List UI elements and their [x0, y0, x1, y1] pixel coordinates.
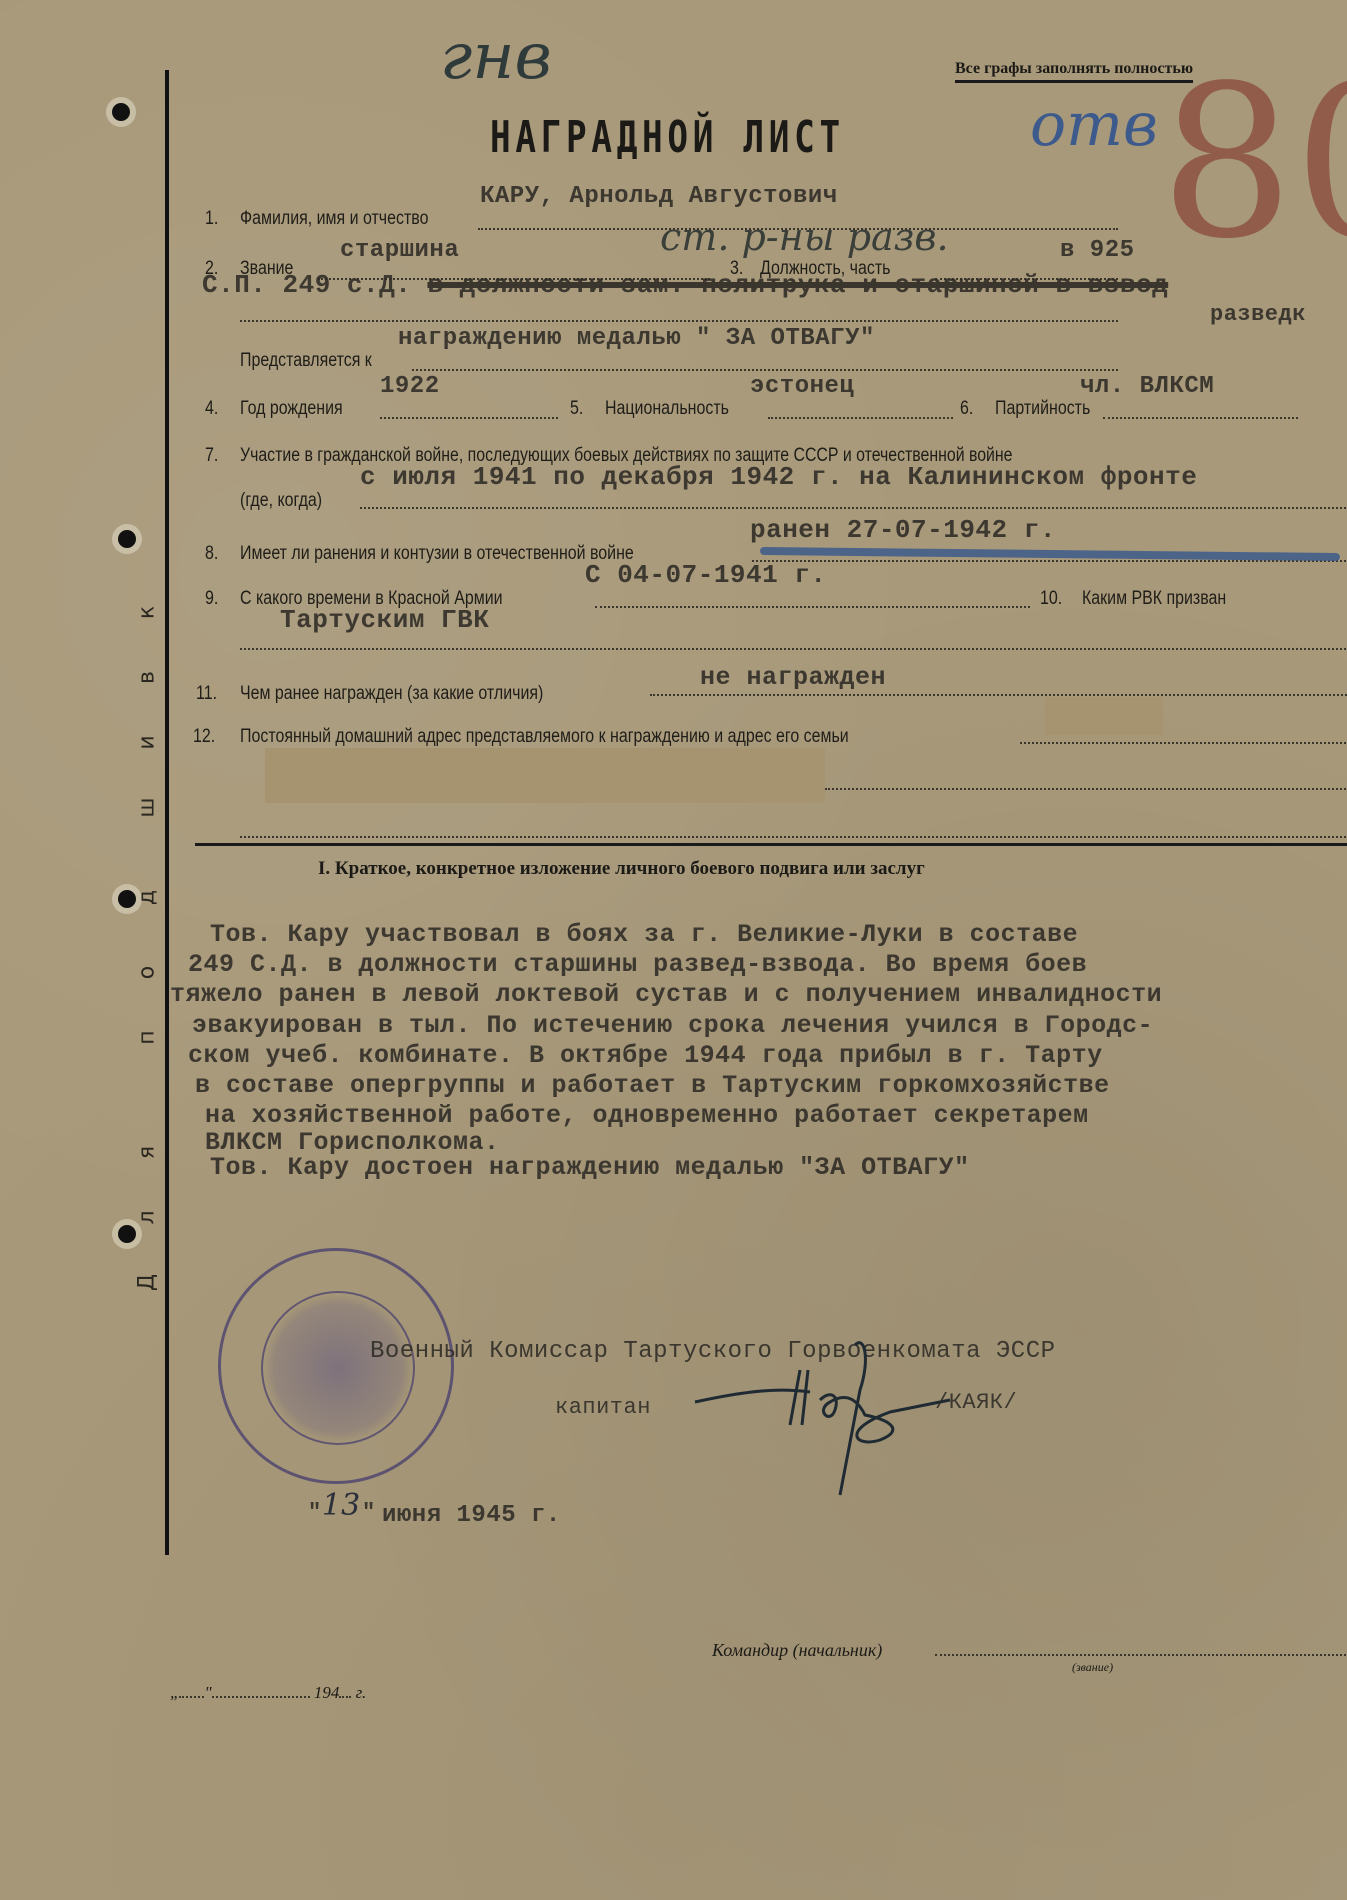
punch-hole [118, 1225, 136, 1243]
field-9-value: С 04-07-1941 г. [585, 560, 827, 590]
field-6-line [1103, 417, 1298, 419]
field-3-value-line2: С.П. 249 с.Д. в должности зам. политрука… [202, 270, 1168, 300]
blue-pencil-underline [760, 547, 1340, 561]
field-11-label: Чем ранее награжден (за какие отличия) [240, 683, 543, 705]
body-line: Тов. Кару достоен награждению медалью "З… [210, 1153, 970, 1182]
commander-rank-dotted [935, 1654, 1347, 1656]
field-4-line [380, 417, 558, 419]
date-day: 13 [322, 1488, 360, 1523]
body-line: в составе опергруппы и работает в Тартус… [195, 1071, 1110, 1100]
presented-value: награждению медалью " ЗА ОТВАГУ" [398, 325, 875, 352]
field-6-num: 6. [960, 398, 973, 420]
field-8-label: Имеет ли ранения и контузии в отечествен… [240, 543, 634, 565]
date-template-year: 194 [314, 1683, 340, 1702]
instruction-text: Все графы заполнять полностью [955, 60, 1193, 83]
field-8-line [752, 560, 1347, 562]
redacted-address [265, 748, 825, 803]
body-line: 249 С.Д. в должности старшины развед-взв… [188, 950, 1087, 979]
field-12-num: 12. [193, 726, 215, 748]
signatory-rank: капитан [555, 1395, 651, 1420]
field-11-line [650, 694, 1347, 696]
field-12-line [1020, 742, 1347, 744]
margin-rule [165, 70, 169, 1555]
field-3-handwritten: ст. р-ны разв. [660, 215, 949, 259]
redacted-block [1045, 697, 1163, 735]
spacer-line [240, 648, 1347, 650]
field-10-label: Каким РВК призван [1082, 588, 1226, 610]
signatory-name: /КАЯК/ [935, 1390, 1017, 1415]
field-4-value: 1922 [380, 373, 440, 400]
body-line: Тов. Кару участвовал в боях за г. Велики… [210, 920, 1078, 949]
field-3-struck-text: в должности зам. политрука и старшиной в… [427, 270, 1168, 300]
handwritten-top-note: гнв [440, 20, 552, 94]
section-divider [195, 843, 1347, 846]
rank-caption: (звание) [1072, 1660, 1113, 1675]
field-12-line-2 [825, 788, 1347, 790]
punch-hole [118, 530, 136, 548]
field-5-num: 5. [570, 398, 583, 420]
signature-scribble [690, 1330, 990, 1500]
body-line: тяжело ранен в левой локтевой сустав и с… [170, 980, 1162, 1009]
date-template-year-dots [339, 1696, 351, 1698]
field-10-value: Тартуским ГВК [280, 605, 489, 635]
presented-line [412, 369, 1118, 371]
blue-pencil-note: отв [1030, 90, 1158, 160]
field-7-line [360, 507, 1347, 509]
field-8-value: ранен 27-07-1942 г. [750, 515, 1056, 545]
page-title: НАГРАДНОЙ ЛИСТ [490, 112, 845, 163]
field-12-line-3 [240, 836, 1347, 838]
date-template-close-quote: " [204, 1683, 211, 1702]
field-9-line [595, 606, 1030, 608]
date-template-suffix: г. [356, 1683, 367, 1702]
commander-label: Командир (начальник) [712, 1640, 882, 1661]
field-11-num: 11. [196, 683, 217, 705]
field-4-num: 4. [205, 398, 218, 420]
field-1-label: Фамилия, имя и отчество [240, 208, 428, 230]
field-12-label: Постоянный домашний адрес представляемог… [240, 726, 849, 748]
punch-hole [118, 890, 136, 908]
date-template: „" 194 г. [170, 1683, 366, 1703]
field-3-unit: С.П. 249 с.Д. [202, 270, 411, 300]
date-template-month-dots [212, 1696, 310, 1698]
punch-hole [112, 103, 130, 121]
field-3-line-2 [240, 320, 1118, 322]
field-5-label: Национальность [605, 398, 729, 420]
section-1-heading: I. Краткое, конкретное изложение личного… [318, 858, 925, 880]
date-rest: июня 1945 г. [382, 1502, 561, 1529]
field-8-num: 8. [205, 543, 218, 565]
date-quote-close: " [362, 1500, 376, 1525]
field-7-value: с июля 1941 по декабря 1942 г. на Калини… [360, 462, 1197, 492]
field-3-value-line3: разведк [1210, 302, 1306, 327]
field-6-label: Партийность [995, 398, 1090, 420]
field-1-value: КАРУ, Арнольд Августович [480, 183, 838, 210]
body-line: на хозяйственной работе, одновременно ра… [205, 1101, 1089, 1130]
field-2-value: старшина [340, 237, 459, 264]
field-11-value: не награжден [700, 663, 886, 692]
field-7-sublabel: (где, когда) [240, 490, 322, 512]
field-5-value: эстонец [750, 373, 854, 400]
field-3-value-tail: в 925 [1060, 237, 1135, 264]
field-9-num: 9. [205, 588, 218, 610]
field-7-num: 7. [205, 445, 218, 467]
field-5-line [768, 417, 953, 419]
date-quote-open: " [308, 1500, 322, 1525]
field-10-num: 10. [1040, 588, 1062, 610]
date-template-day-dots [179, 1696, 204, 1698]
red-pencil-number: 80 [1160, 40, 1347, 285]
presented-label: Представляется к [240, 350, 372, 372]
official-stamp: Тартуский Городской Военный Комиссариат … [218, 1248, 454, 1484]
body-line: ском учеб. комбинате. В октябре 1944 год… [188, 1041, 1103, 1070]
body-line: эвакуирован в тыл. По истечению срока ле… [192, 1011, 1153, 1040]
field-6-value: чл. ВЛКСМ [1080, 373, 1214, 400]
date-template-open-quote: „ [170, 1683, 179, 1702]
field-1-num: 1. [205, 208, 218, 230]
field-4-label: Год рождения [240, 398, 343, 420]
